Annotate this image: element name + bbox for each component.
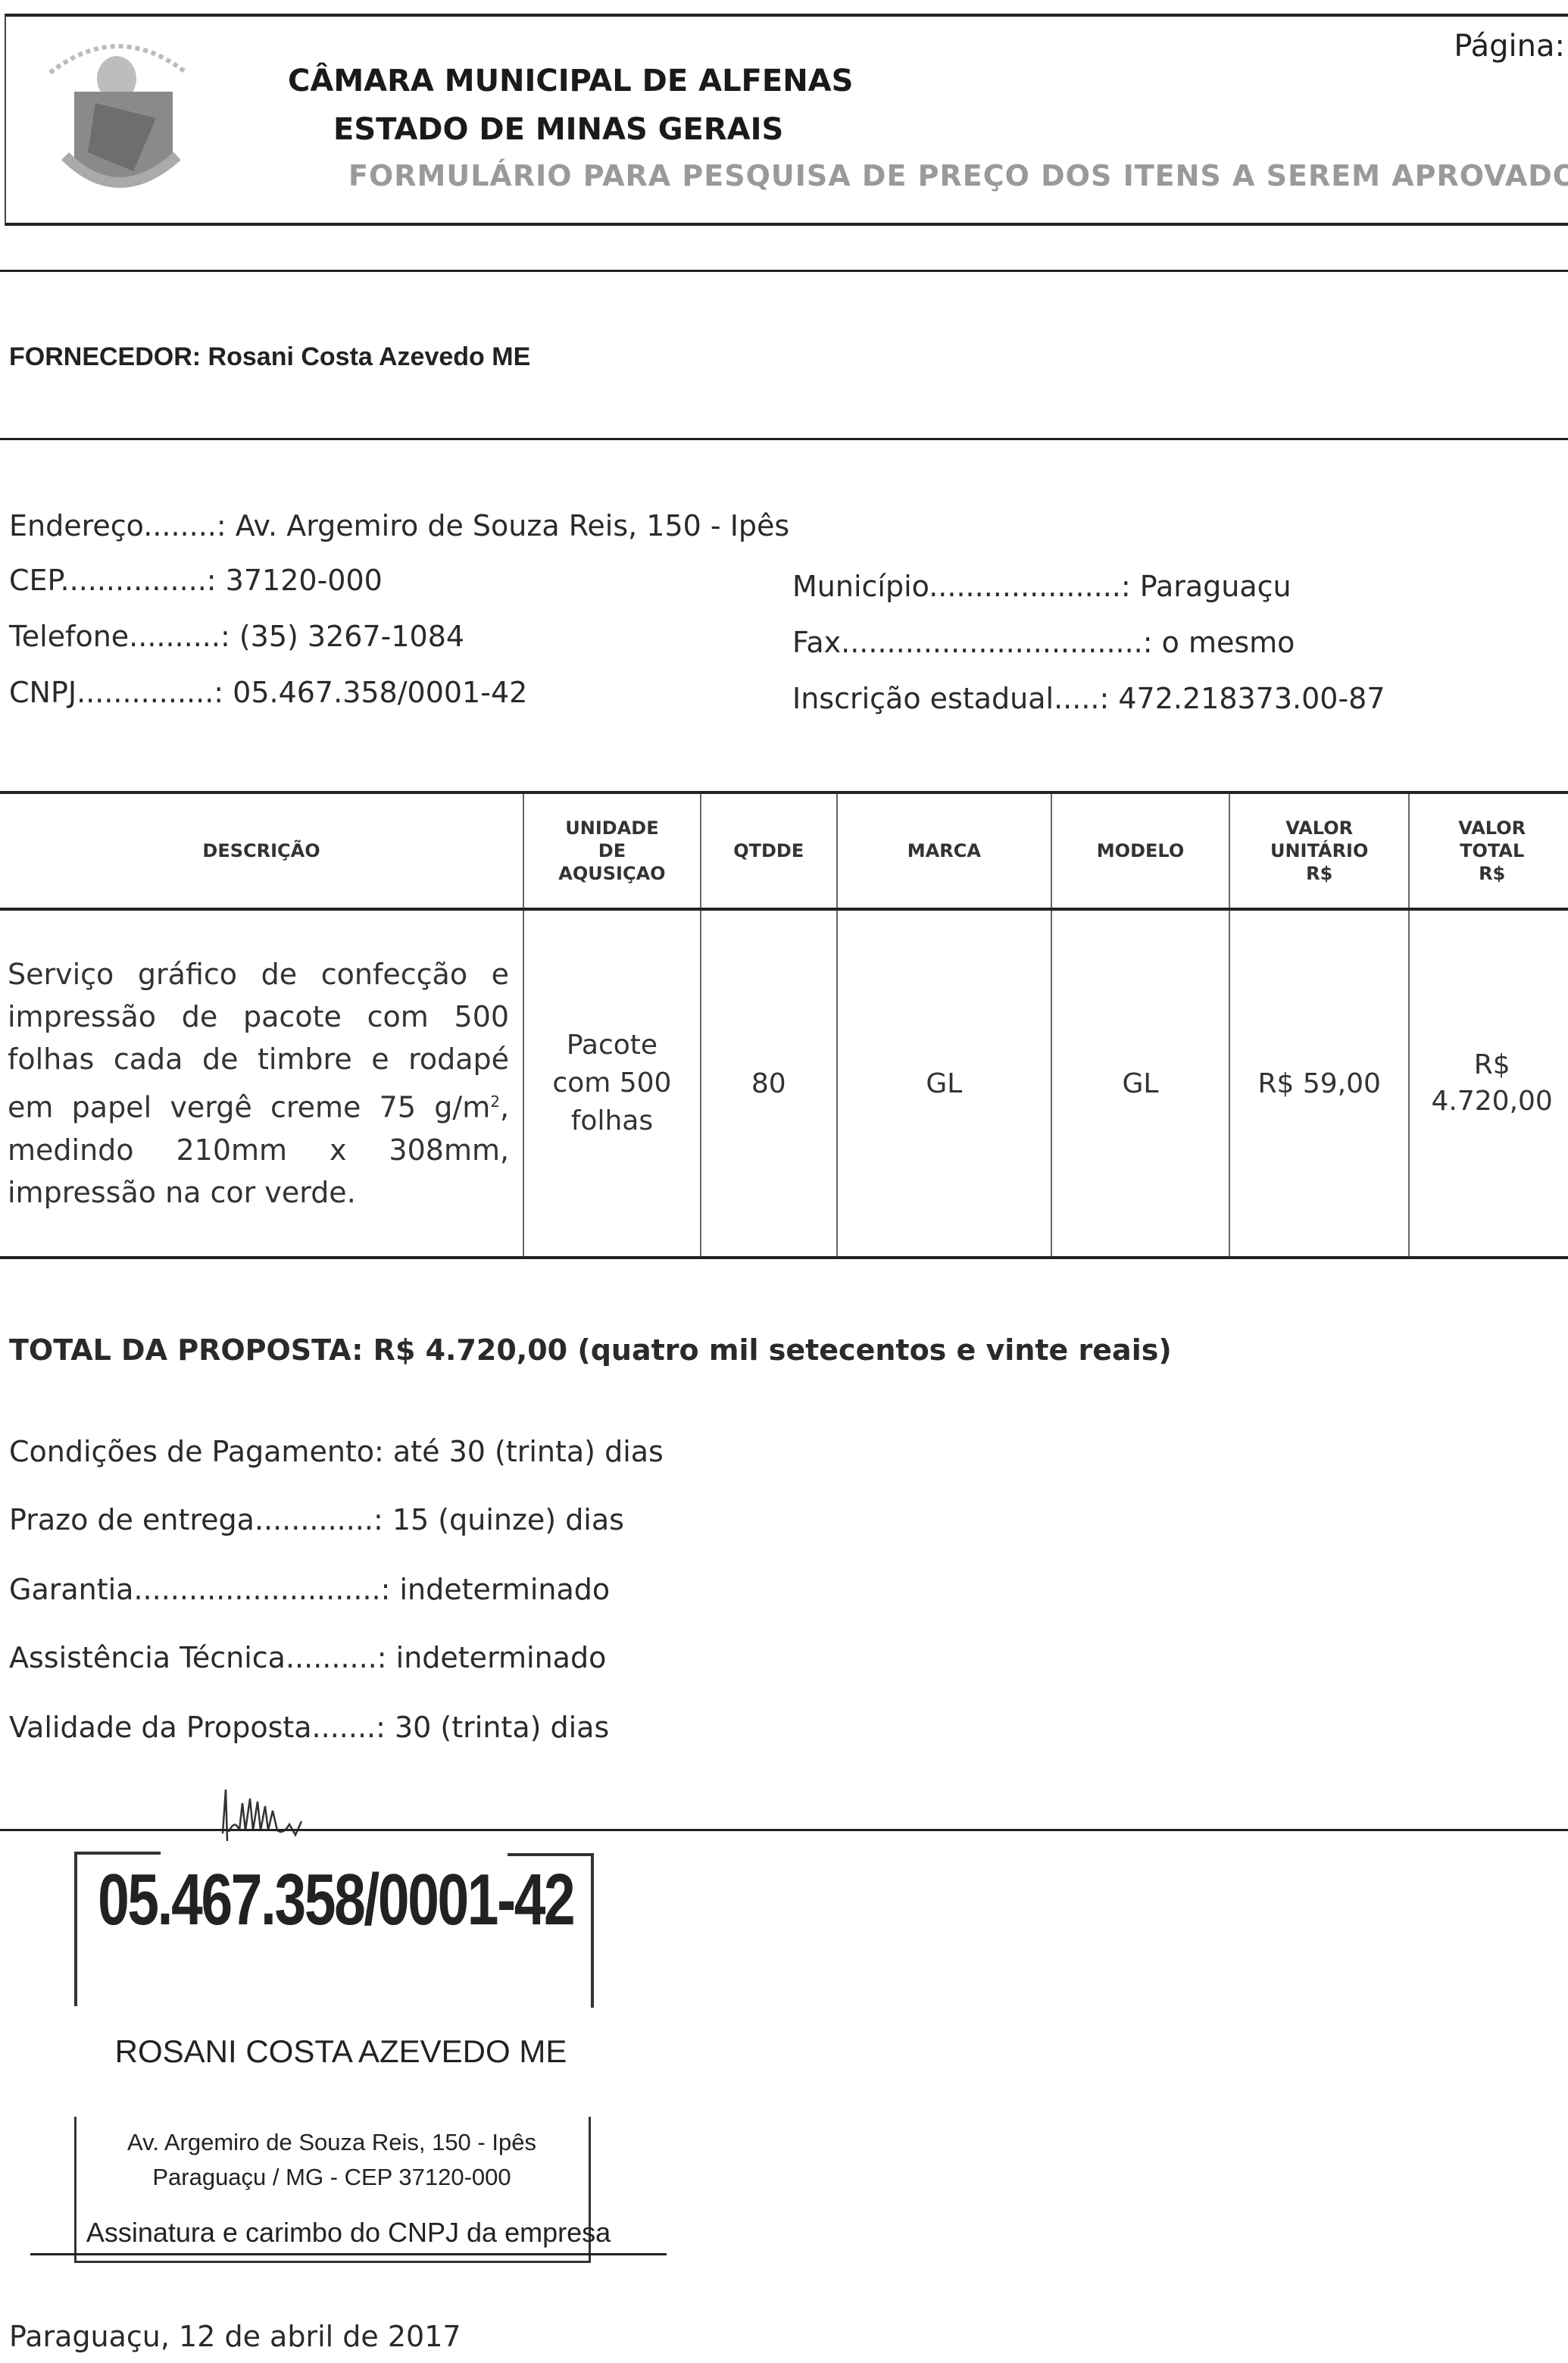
col-qtdde: QTDDE [701, 792, 837, 909]
page-label: Página: [1454, 29, 1565, 64]
fax-field: Fax.................................: o … [792, 626, 1295, 659]
payment-conditions: Condições de Pagamento: até 30 (trinta) … [9, 1435, 664, 1468]
warranty: Garantia...........................: ind… [9, 1573, 610, 1606]
col-marca: MARCA [837, 792, 1051, 909]
page-title: CÂMARA MUNICIPAL DE ALFENAS [0, 64, 1560, 98]
signature-line [0, 1829, 1568, 1831]
stamp-address-line2: Paraguaçu / MG - CEP 37120-000 [74, 2164, 589, 2191]
col-descricao: DESCRIÇÃO [0, 792, 523, 909]
divider [0, 270, 1568, 272]
col-valor-total: VALOR TOTAL R$ [1409, 792, 1568, 909]
stamp-address-line1: Av. Argemiro de Souza Reis, 150 - Ipês [74, 2129, 589, 2156]
proposal-total: TOTAL DA PROPOSTA: R$ 4.720,00 (quatro m… [9, 1333, 1172, 1367]
col-modelo: MODELO [1051, 792, 1229, 909]
technical-assistance: Assistência Técnica..........: indetermi… [9, 1641, 606, 1674]
cep-field: CEP................: 37120-000 [9, 564, 383, 597]
phone-field: Telefone..........: (35) 3267-1084 [9, 620, 464, 653]
item-unit-price: R$ 59,00 [1229, 909, 1409, 1258]
table-header-row: DESCRIÇÃO UNIDADE DE AQUSIÇAO QTDDE MARC… [0, 792, 1568, 909]
document-date: Paraguaçu, 12 de abril de 2017 [9, 2320, 461, 2353]
address-field: Endereço........: Av. Argemiro de Souza … [9, 509, 789, 542]
item-quantity: 80 [701, 909, 837, 1258]
proposal-validity: Validade da Proposta.......: 30 (trinta)… [9, 1711, 609, 1744]
stamp-cnpj: 05.467.358/0001-42 [76, 1855, 595, 1946]
signature-icon [220, 1788, 394, 1841]
items-table: DESCRIÇÃO UNIDADE DE AQUSIÇAO QTDDE MARC… [0, 791, 1568, 1259]
delivery-term: Prazo de entrega.............: 15 (quinz… [9, 1503, 624, 1536]
stamp-company-name: ROSANI COSTA AZEVEDO ME [0, 2033, 682, 2070]
item-description: Serviço gráfico de confecção e impressão… [0, 909, 523, 1258]
municipality-field: Município.....................: Paraguaç… [792, 570, 1292, 603]
item-brand: GL [837, 909, 1051, 1258]
table-row: Serviço gráfico de confecção e impressão… [0, 909, 1568, 1258]
col-valor-unitario: VALOR UNITÁRIO R$ [1229, 792, 1409, 909]
item-total-price: R$ 4.720,00 [1409, 909, 1568, 1258]
divider [0, 438, 1568, 440]
item-unit: Pacote com 500 folhas [523, 909, 701, 1258]
cnpj-field: CNPJ...............: 05.467.358/0001-42 [9, 676, 527, 709]
state-registration-field: Inscrição estadual.....: 472.218373.00-8… [792, 682, 1385, 715]
form-title: FORMULÁRIO PARA PESQUISA DE PREÇO DOS IT… [0, 159, 1560, 192]
supplier-name: FORNECEDOR: Rosani Costa Azevedo ME [9, 342, 530, 372]
col-unidade: UNIDADE DE AQUSIÇAO [523, 792, 701, 909]
item-model: GL [1051, 909, 1229, 1258]
page-subtitle-state: ESTADO DE MINAS GERAIS [0, 112, 1560, 147]
signature-caption: Assinatura e carimbo do CNPJ da empresa [30, 2217, 667, 2255]
